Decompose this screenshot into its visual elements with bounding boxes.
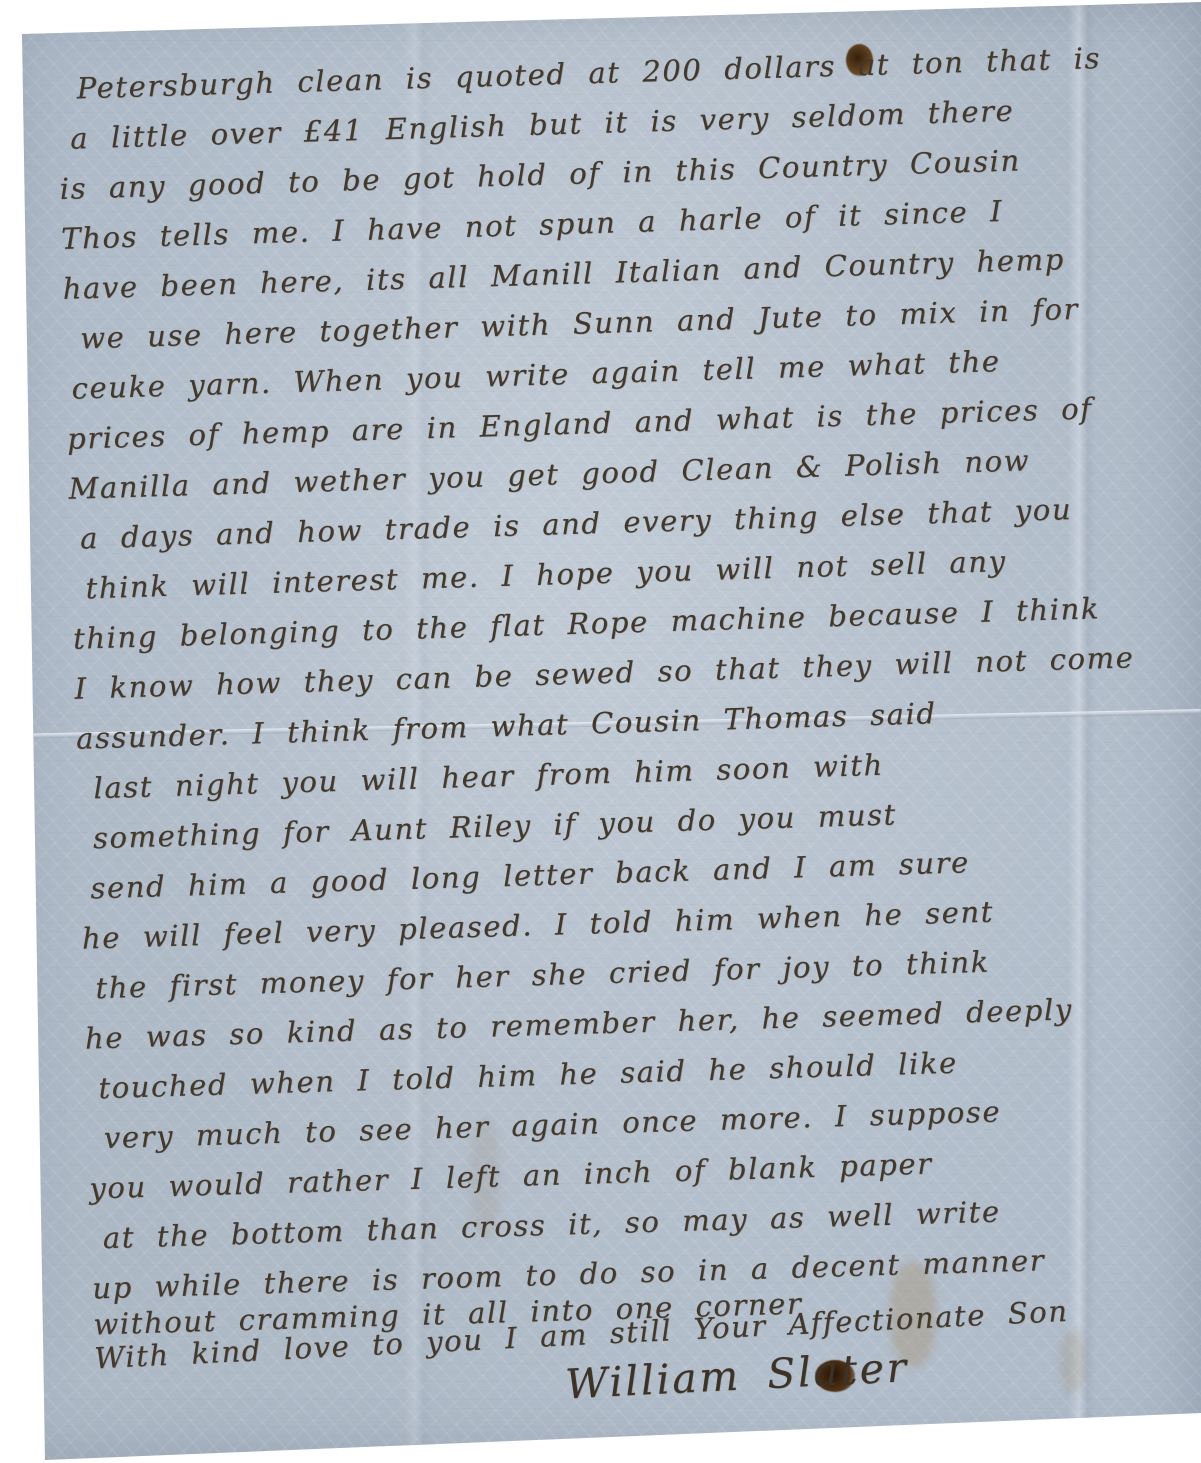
- letter-paper: Petersburgh clean is quoted at 200 dolla…: [0, 0, 1201, 1463]
- letter-body: Petersburgh clean is quoted at 200 dolla…: [56, 30, 1201, 1423]
